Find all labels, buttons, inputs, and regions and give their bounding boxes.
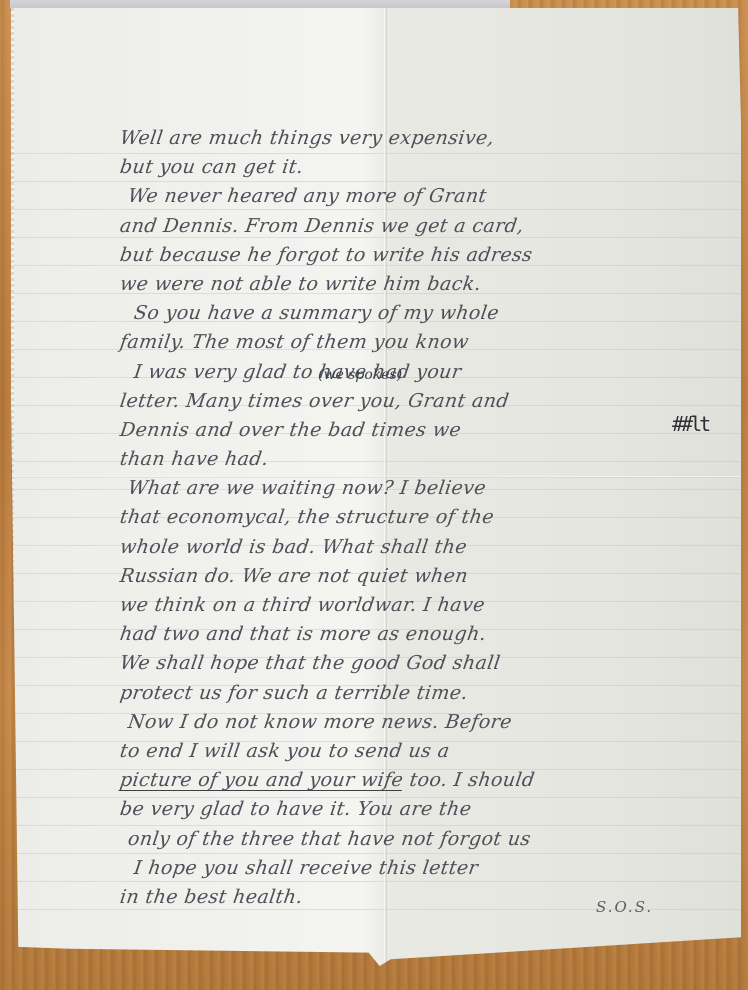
letter-line: only of the three that have not forgot u… xyxy=(118,825,742,854)
signature: S.O.S. xyxy=(596,898,653,916)
letter-line: whole world is bad. What shall the xyxy=(118,533,742,562)
letter-line: that economycal, the structure of the xyxy=(118,503,742,532)
crossed-out-mark: ##lt xyxy=(672,412,708,436)
letter-body: Well are much things very expensive, but… xyxy=(120,124,740,912)
letter-line: than have had. xyxy=(118,445,742,474)
letter-line: Dennis and over the bad times we xyxy=(118,416,742,445)
letter-line: We never heared any more of Grant xyxy=(118,182,742,211)
letter-line: Russian do. We are not quiet when xyxy=(118,562,742,591)
letter-line: letter. Many times over you, Grant and xyxy=(118,387,742,416)
letter-line: I was very glad to have had your xyxy=(118,358,742,387)
inserted-annotation: (we spokes) xyxy=(318,367,402,383)
letter-line: protect us for such a terrible time. xyxy=(118,679,742,708)
letter-line: Now I do not know more news. Before xyxy=(118,708,742,737)
letter-line: picture of you and your wife too. I shou… xyxy=(118,766,742,795)
plastic-sleeve-edge xyxy=(10,0,510,9)
letter-line: family. The most of them you know xyxy=(118,328,742,357)
letter-line: but you can get it. xyxy=(118,153,742,182)
letter-line: we think on a third worldwar. I have xyxy=(118,591,742,620)
letter-line: had two and that is more as enough. xyxy=(118,620,742,649)
letter-line: So you have a summary of my whole xyxy=(118,299,742,328)
letter-line: What are we waiting now? I believe xyxy=(118,474,742,503)
line-remainder: too. I should xyxy=(402,769,536,791)
letter-line: to end I will ask you to send us a xyxy=(118,737,742,766)
letter-line: I hope you shall receive this letter xyxy=(118,854,742,883)
letter-line: but because he forgot to write his adres… xyxy=(118,241,742,270)
letter-line: We shall hope that the good God shall xyxy=(118,649,742,678)
letter-line: Well are much things very expensive, xyxy=(118,124,742,153)
letter-line: be very glad to have it. You are the xyxy=(118,795,742,824)
letter-line: we were not able to write him back. xyxy=(118,270,742,299)
letter-line: and Dennis. From Dennis we get a card, xyxy=(118,212,742,241)
underlined-phrase: picture of you and your wife xyxy=(119,769,405,791)
